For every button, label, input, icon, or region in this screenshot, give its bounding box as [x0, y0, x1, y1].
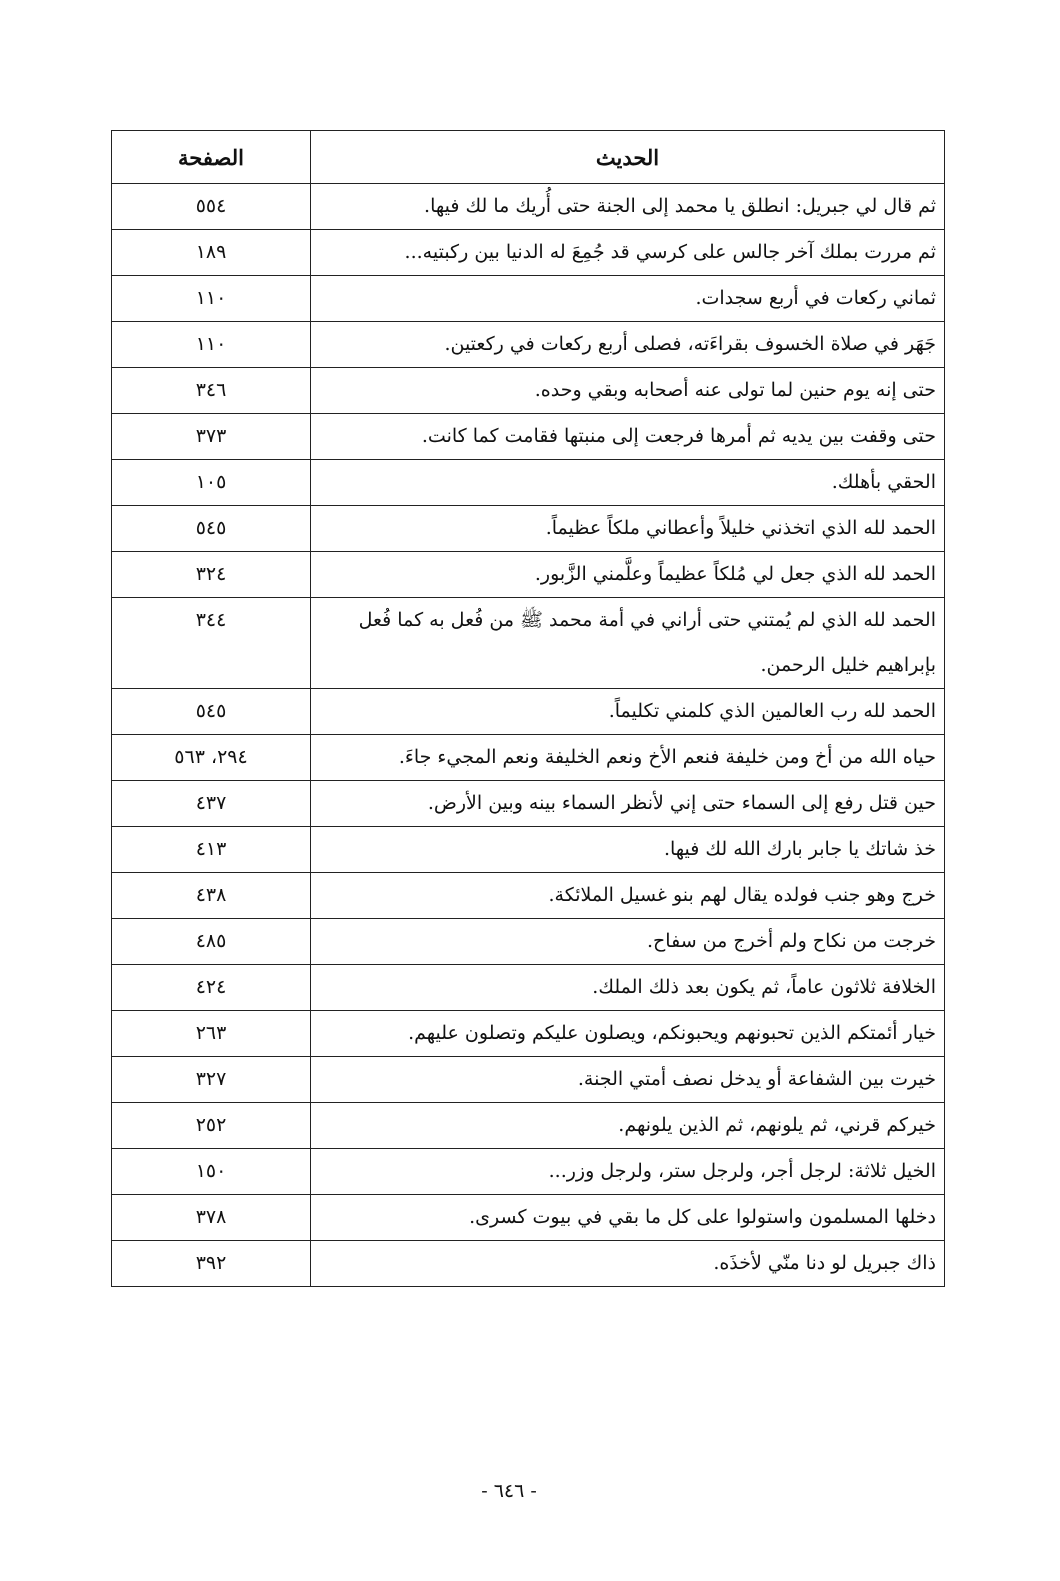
hadith-text: خرجت من نكاح ولم أخرج من سفاح. [311, 919, 945, 965]
table-row: الحمد لله الذي جعل لي مُلكاً عظيماً وعلَ… [112, 552, 945, 598]
hadith-text: حياه الله من أخ ومن خليفة فنعم الأخ ونعم… [311, 735, 945, 781]
hadith-text: الخيل ثلاثة: لرجل أجر، ولرجل ستر، ولرجل … [311, 1149, 945, 1195]
hadith-text: الحقي بأهلك. [311, 460, 945, 506]
table-row: ثم مررت بملك آخر جالس على كرسي قد جُمِعَ… [112, 230, 945, 276]
page-reference: ٣٧٣ [112, 414, 311, 460]
page-number: - ٦٤٦ - [0, 1480, 1018, 1502]
page-reference: ١٠٥ [112, 460, 311, 506]
table-body: ثم قال لي جبريل: انطلق يا محمد إلى الجنة… [112, 184, 945, 1287]
hadith-text: الحمد لله رب العالمين الذي كلمني تكليماً… [311, 689, 945, 735]
page-reference: ٤٨٥ [112, 919, 311, 965]
page-reference: ٣٤٤ [112, 598, 311, 689]
page-reference: ٣٤٦ [112, 368, 311, 414]
table-row: دخلها المسلمون واستولوا على كل ما بقي في… [112, 1195, 945, 1241]
table-row: الحمد لله الذي لم يُمتني حتى أراني في أم… [112, 598, 945, 689]
hadith-text: خذ شاتك يا جابر بارك الله لك فيها. [311, 827, 945, 873]
hadith-text: جَهَر في صلاة الخسوف بقراءَته، فصلى أربع… [311, 322, 945, 368]
hadith-text: الخلافة ثلاثون عاماً، ثم يكون بعد ذلك ال… [311, 965, 945, 1011]
table-row: خرج وهو جنب فولده يقال لهم بنو غسيل المل… [112, 873, 945, 919]
page-reference: ١١٠ [112, 322, 311, 368]
table-row: خيار أئمتكم الذين تحبونهم ويحبونكم، ويصل… [112, 1011, 945, 1057]
hadith-text: الحمد لله الذي جعل لي مُلكاً عظيماً وعلَ… [311, 552, 945, 598]
hadith-text: ثم مررت بملك آخر جالس على كرسي قد جُمِعَ… [311, 230, 945, 276]
page-reference: ٢٩٤، ٥٦٣ [112, 735, 311, 781]
table-header-row: الحديث الصفحة [112, 131, 945, 184]
page-reference: ٣٩٢ [112, 1241, 311, 1287]
page-reference: ٣٧٨ [112, 1195, 311, 1241]
hadith-text: دخلها المسلمون واستولوا على كل ما بقي في… [311, 1195, 945, 1241]
hadith-text: خيرت بين الشفاعة أو يدخل نصف أمتي الجنة. [311, 1057, 945, 1103]
table-row: ثم قال لي جبريل: انطلق يا محمد إلى الجنة… [112, 184, 945, 230]
hadith-text: ذاك جبريل لو دنا منّي لأخذَه. [311, 1241, 945, 1287]
table-row: جَهَر في صلاة الخسوف بقراءَته، فصلى أربع… [112, 322, 945, 368]
page-reference: ٢٦٣ [112, 1011, 311, 1057]
page-reference: ٤٢٤ [112, 965, 311, 1011]
hadith-text: حتى إنه يوم حنين لما تولى عنه أصحابه وبق… [311, 368, 945, 414]
page-reference: ٤٣٧ [112, 781, 311, 827]
hadith-text: الحمد لله الذي اتخذني خليلاً وأعطاني ملك… [311, 506, 945, 552]
table-row: حتى إنه يوم حنين لما تولى عنه أصحابه وبق… [112, 368, 945, 414]
table-row: خيركم قرني، ثم يلونهم، ثم الذين يلونهم.٢… [112, 1103, 945, 1149]
hadith-index-table: الحديث الصفحة ثم قال لي جبريل: انطلق يا … [111, 130, 945, 1287]
page-reference: ٤٣٨ [112, 873, 311, 919]
page-reference: ٣٢٤ [112, 552, 311, 598]
table-row: خرجت من نكاح ولم أخرج من سفاح.٤٨٥ [112, 919, 945, 965]
header-page: الصفحة [112, 131, 311, 184]
page-reference: ٣٢٧ [112, 1057, 311, 1103]
hadith-text: خرج وهو جنب فولده يقال لهم بنو غسيل المل… [311, 873, 945, 919]
page-reference: ٥٤٥ [112, 689, 311, 735]
table-row: خيرت بين الشفاعة أو يدخل نصف أمتي الجنة.… [112, 1057, 945, 1103]
table-row: الحمد لله رب العالمين الذي كلمني تكليماً… [112, 689, 945, 735]
page-reference: ١٥٠ [112, 1149, 311, 1195]
table-row: الحمد لله الذي اتخذني خليلاً وأعطاني ملك… [112, 506, 945, 552]
page-reference: ١٨٩ [112, 230, 311, 276]
page-reference: ١١٠ [112, 276, 311, 322]
table-row: الخلافة ثلاثون عاماً، ثم يكون بعد ذلك ال… [112, 965, 945, 1011]
hadith-text: الحمد لله الذي لم يُمتني حتى أراني في أم… [311, 598, 945, 689]
table-row: حياه الله من أخ ومن خليفة فنعم الأخ ونعم… [112, 735, 945, 781]
table-row: خذ شاتك يا جابر بارك الله لك فيها.٤١٣ [112, 827, 945, 873]
hadith-text: خيار أئمتكم الذين تحبونهم ويحبونكم، ويصل… [311, 1011, 945, 1057]
hadith-text: ثماني ركعات في أربع سجدات. [311, 276, 945, 322]
hadith-text: حتى وقفت بين يديه ثم أمرها فرجعت إلى منب… [311, 414, 945, 460]
table-row: ذاك جبريل لو دنا منّي لأخذَه.٣٩٢ [112, 1241, 945, 1287]
table-row: الحقي بأهلك.١٠٥ [112, 460, 945, 506]
page-reference: ٢٥٢ [112, 1103, 311, 1149]
header-hadith: الحديث [311, 131, 945, 184]
page-reference: ٥٤٥ [112, 506, 311, 552]
table-row: ثماني ركعات في أربع سجدات.١١٠ [112, 276, 945, 322]
table-row: الخيل ثلاثة: لرجل أجر، ولرجل ستر، ولرجل … [112, 1149, 945, 1195]
page-reference: ٥٥٤ [112, 184, 311, 230]
table-row: حين قتل رفع إلى السماء حتى إني لأنظر الس… [112, 781, 945, 827]
hadith-text: حين قتل رفع إلى السماء حتى إني لأنظر الس… [311, 781, 945, 827]
page-reference: ٤١٣ [112, 827, 311, 873]
hadith-text: خيركم قرني، ثم يلونهم، ثم الذين يلونهم. [311, 1103, 945, 1149]
table-row: حتى وقفت بين يديه ثم أمرها فرجعت إلى منب… [112, 414, 945, 460]
hadith-text: ثم قال لي جبريل: انطلق يا محمد إلى الجنة… [311, 184, 945, 230]
